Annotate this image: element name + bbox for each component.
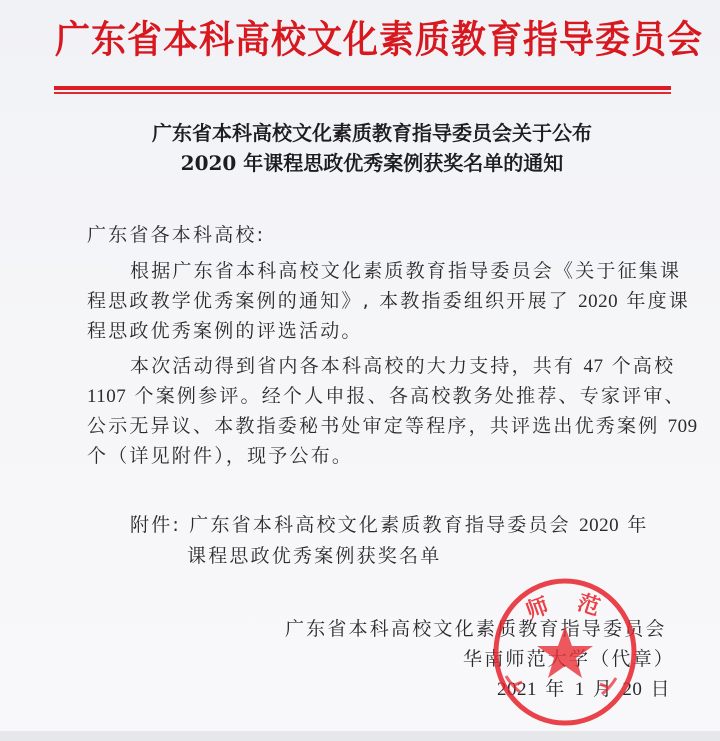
paragraph2-line1-text-a: 本次活动得到省内各本科高校的大力支持，共有 bbox=[130, 355, 583, 377]
paragraph1-line2-text-a: 程思政教学优秀案例的通知》, 本教指委组织开展了 bbox=[87, 290, 578, 312]
paragraph2-line3: 公示无异议、本教指委秘书处审定等程序，共评选出优秀案例 709 bbox=[87, 411, 698, 442]
letterhead-org-name: 广东省本科高校文化素质教育指导委员会 bbox=[55, 17, 675, 65]
paragraph2-line1-text-b: 个高校 bbox=[603, 355, 675, 377]
attachment-label: 附件: bbox=[130, 514, 181, 536]
date-day-unit: 日 bbox=[642, 678, 671, 700]
letterhead-rule-thick bbox=[54, 86, 671, 90]
paragraph2-line4: 个（详见附件），现予公布。 bbox=[87, 441, 353, 471]
school-count: 47 bbox=[583, 356, 603, 377]
signature-date: 2021 年 1 月 20 日 bbox=[497, 674, 672, 705]
document-title-line-2: 2020 年课程思政优秀案例获奖名单的通知 bbox=[12, 148, 720, 178]
paragraph1-year: 2020 bbox=[578, 291, 618, 312]
paragraph2-line2: 1107 个案例参评。经个人申报、各高校教务处推荐、专家评审、 bbox=[87, 381, 686, 412]
paragraph2-line1: 本次活动得到省内各本科高校的大力支持，共有 47 个高校 bbox=[130, 351, 675, 382]
case-count: 1107 bbox=[87, 386, 126, 407]
signature-seal-by: 华南师范大学（代章） bbox=[463, 644, 675, 674]
letterhead-rule-thin bbox=[54, 92, 671, 94]
bottom-band bbox=[0, 731, 720, 741]
paragraph2-line2-text: 个案例参评。经个人申报、各高校教务处推荐、专家评审、 bbox=[126, 385, 685, 407]
attachment-line2: 课程思政优秀案例获奖名单 bbox=[187, 541, 441, 571]
date-month-unit: 月 bbox=[585, 678, 623, 700]
paragraph1-line3: 程思政优秀案例的评选活动。 bbox=[87, 316, 363, 346]
winner-count: 709 bbox=[668, 416, 698, 437]
attachment-year: 2020 bbox=[579, 515, 619, 536]
paragraph2-line3-text: 公示无异议、本教指委秘书处审定等程序，共评选出优秀案例 bbox=[87, 415, 668, 437]
paragraph1-line2: 程思政教学优秀案例的通知》, 本教指委组织开展了 2020 年度课 bbox=[87, 286, 690, 317]
date-month: 1 bbox=[575, 679, 585, 700]
salutation: 广东省各本科高校: bbox=[87, 220, 265, 250]
attachment-line1: 附件: 广东省本科高校文化素质教育指导委员会 2020 年 bbox=[130, 510, 649, 541]
paragraph1-line1: 根据广东省本科高校文化素质教育指导委员会《关于征集课 bbox=[130, 256, 681, 286]
signature-org: 广东省本科高校文化素质教育指导委员会 bbox=[285, 614, 667, 644]
date-year-unit: 年 bbox=[537, 678, 575, 700]
date-year: 2021 bbox=[497, 679, 537, 700]
date-day: 20 bbox=[622, 679, 642, 700]
attachment-title-text-a: 广东省本科高校文化素质教育指导委员会 bbox=[189, 514, 579, 536]
paragraph1-line2-text-b: 年度课 bbox=[618, 290, 690, 312]
document-page: 广东省本科高校文化素质教育指导委员会 广东省本科高校文化素质教育指导委员会关于公… bbox=[0, 0, 720, 731]
attachment-title-text-b: 年 bbox=[619, 514, 648, 536]
document-title-line-1: 广东省本科高校文化素质教育指导委员会关于公布 bbox=[12, 118, 720, 148]
